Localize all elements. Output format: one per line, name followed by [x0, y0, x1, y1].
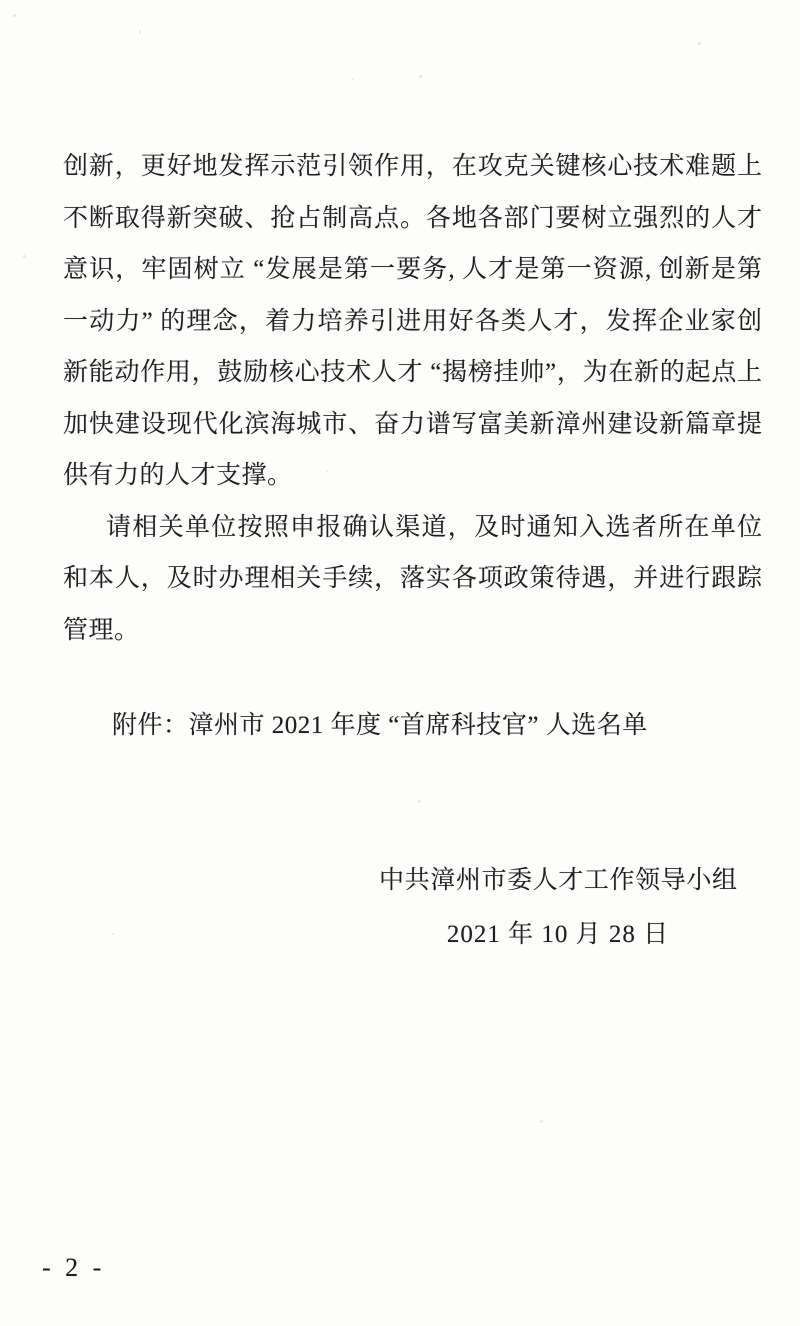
paragraph1-line: 创新，更好地发挥示范引领作用，在攻克关键核心技术难题上: [63, 141, 762, 193]
paragraph2-line: 管理。: [63, 605, 762, 657]
scan-speck: [112, 933, 114, 935]
scan-speck: [540, 1120, 543, 1123]
paragraph1-line: 供有力的人才支撑。: [63, 450, 762, 502]
paragraph1-line: 新能动作用，鼓励核心技术人才 “揭榜挂帅”，为在新的起点上: [63, 347, 762, 399]
scan-speck: [698, 42, 701, 45]
attachment-line: 附件：漳州市 2021 年度 “首席科技官” 人选名单: [63, 700, 762, 752]
document-body: 创新，更好地发挥示范引领作用，在攻克关键核心技术难题上 不断取得新突破、抢占制高…: [63, 141, 762, 656]
paragraph1-line: 不断取得新突破、抢占制高点。各地各部门要树立强烈的人才: [63, 193, 762, 245]
issuing-authority: 中共漳州市委人才工作领导小组: [379, 860, 737, 902]
scan-speck: [352, 78, 354, 80]
scan-speck: [418, 800, 421, 803]
scanned-document-page: 创新，更好地发挥示范引领作用，在攻克关键核心技术难题上 不断取得新突破、抢占制高…: [0, 0, 800, 1326]
paragraph1-line: 一动力” 的理念，着力培养引进用好各类人才，发挥企业家创: [63, 296, 762, 348]
issue-date: 2021 年 10 月 28 日: [379, 914, 737, 956]
signature-block: 中共漳州市委人才工作领导小组 2021 年 10 月 28 日: [379, 860, 737, 956]
paragraph1-line: 加快建设现代化滨海城市、奋力谱写富美新漳州建设新篇章提: [63, 399, 762, 451]
page-number: - 2 -: [42, 1248, 105, 1288]
scan-speck: [419, 75, 422, 78]
scan-speck: [23, 255, 26, 258]
paragraph2-line: 和本人，及时办理相关手续，落实各项政策待遇，并进行跟踪: [63, 553, 762, 605]
scan-speck: [139, 30, 141, 34]
scan-speck: [13, 14, 16, 17]
paragraph1-line: 意识，牢固树立 “发展是第一要务, 人才是第一资源, 创新是第: [63, 244, 762, 296]
paragraph2-line: 请相关单位按照申报确认渠道，及时通知入选者所在单位: [63, 502, 762, 554]
